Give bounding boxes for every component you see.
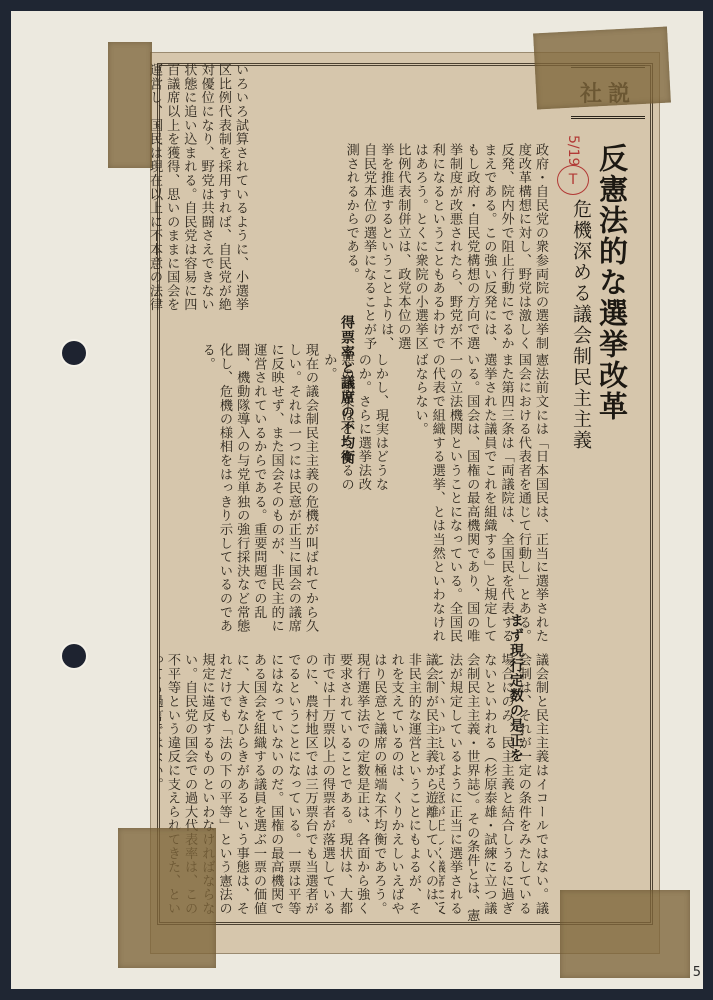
- paragraph: 政府・自民党の衆参両院の選挙制度改革構想に対し、野党は激しく反発、院内外で阻止行…: [249, 143, 549, 353]
- adhesive-tape: [108, 42, 152, 168]
- handwritten-circle-mark: T: [557, 165, 589, 195]
- article-body: 政府・自民党の衆参両院の選挙制度改革構想に対し、野党は激しく反発、院内外で阻止行…: [161, 63, 549, 923]
- paragraph: いろいろ試算されているように、小選挙区比例代表制を採用すれば、自民党が絶対優位に…: [149, 63, 249, 323]
- paragraph: 議会制と民主主義はイコールではない。議会制は、それが一定の条件をみたしている場合…: [439, 653, 549, 923]
- section-heading: まず現行定数の是正を: [506, 613, 526, 763]
- subheadline: 危機深める議会制民主主義: [568, 199, 595, 451]
- page-number: 5: [693, 965, 701, 980]
- paragraph: 現在の議会制民主主義の危機が叫ばれてから久しい。それは一つには民意が正当に国会の…: [159, 343, 319, 643]
- newspaper-clipping: 社説 反憲法的な選挙改革 危機深める議会制民主主義 5/19 T 政府・自民党の…: [150, 52, 660, 954]
- adhesive-tape: [118, 828, 216, 968]
- adhesive-tape: [560, 890, 690, 978]
- headline: 反憲法的な選挙改革: [592, 143, 633, 422]
- punch-hole: [62, 644, 86, 668]
- handwritten-date: 5/19: [565, 135, 581, 166]
- section-heading: 得票率と議席の不均衡: [337, 315, 357, 465]
- adhesive-tape: [533, 27, 671, 110]
- punch-hole: [62, 341, 86, 365]
